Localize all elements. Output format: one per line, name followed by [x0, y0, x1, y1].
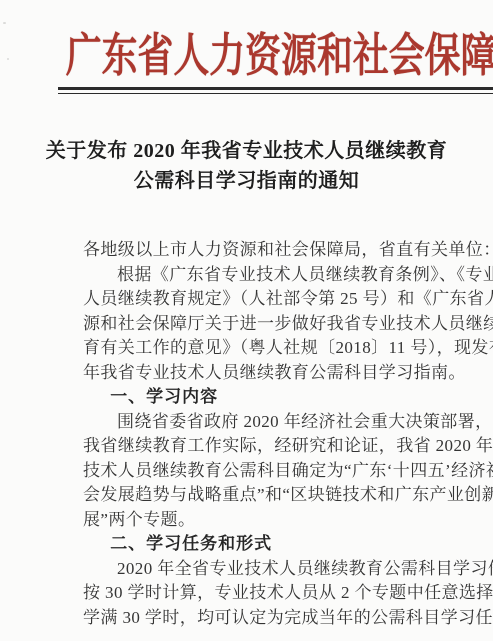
body-line: 育有关工作的意见》（粤人社规〔2018〕11 号），现发布 2020 — [83, 336, 451, 361]
body-line: 年我省专业技术人员继续教育公需科目学习指南。 — [83, 361, 451, 386]
title-line-1: 关于发布 2020 年我省专业技术人员继续教育 — [0, 136, 493, 166]
section-heading: 一、学习内容 — [83, 385, 451, 410]
body-line: 人员继续教育规定》（人社部令第 25 号）和《广东省人力资 — [83, 287, 451, 312]
body-line: 技术人员继续教育公需科目确定为“广东‘十四五’经济社 — [83, 459, 451, 484]
agency-header: 广东省人力资源和社会保障厅 — [0, 28, 493, 84]
body-line: 学满 30 学时，均可认定为完成当年的公需科目学习任务。 — [83, 606, 451, 631]
body-line: 展”两个专题。 — [83, 508, 451, 533]
body-line: 会发展趋势与战略重点”和“区块链技术和广东产业创新发 — [83, 483, 451, 508]
header-rule-thick — [58, 87, 493, 90]
body-line: 我省继续教育工作实际，经研究和论证，我省 2020 年专业 — [83, 434, 451, 459]
body-line: 围绕省委省政府 2020 年经济社会重大决策部署，结合 — [83, 410, 451, 435]
scan-artifact — [7, 58, 9, 60]
document-page: 广东省人力资源和社会保障厅 关于发布 2020 年我省专业技术人员继续教育 公需… — [0, 0, 493, 641]
body-line: 各地级以上市人力资源和社会保障局，省直有关单位： — [83, 238, 451, 263]
body-line: 根据《广东省专业技术人员继续教育条例》、《专业技术 — [83, 263, 451, 288]
document-body: 各地级以上市人力资源和社会保障局，省直有关单位：根据《广东省专业技术人员继续教育… — [83, 238, 451, 630]
header-rule — [58, 87, 493, 94]
body-line: 2020 年全省专业技术人员继续教育公需科目学习任务 — [83, 557, 451, 582]
body-line: 按 30 学时计算，专业技术人员从 2 个专题中任意选择 1 个 — [83, 581, 451, 606]
scan-artifact — [3, 22, 6, 24]
header-rule-thin — [58, 93, 493, 94]
body-line: 源和社会保障厅关于进一步做好我省专业技术人员继续教 — [83, 312, 451, 337]
agency-header-text: 广东省人力资源和社会保障厅 — [66, 28, 493, 84]
title-line-2: 公需科目学习指南的通知 — [0, 166, 493, 196]
document-title: 关于发布 2020 年我省专业技术人员继续教育 公需科目学习指南的通知 — [0, 136, 493, 196]
section-heading: 二、学习任务和形式 — [83, 532, 451, 557]
